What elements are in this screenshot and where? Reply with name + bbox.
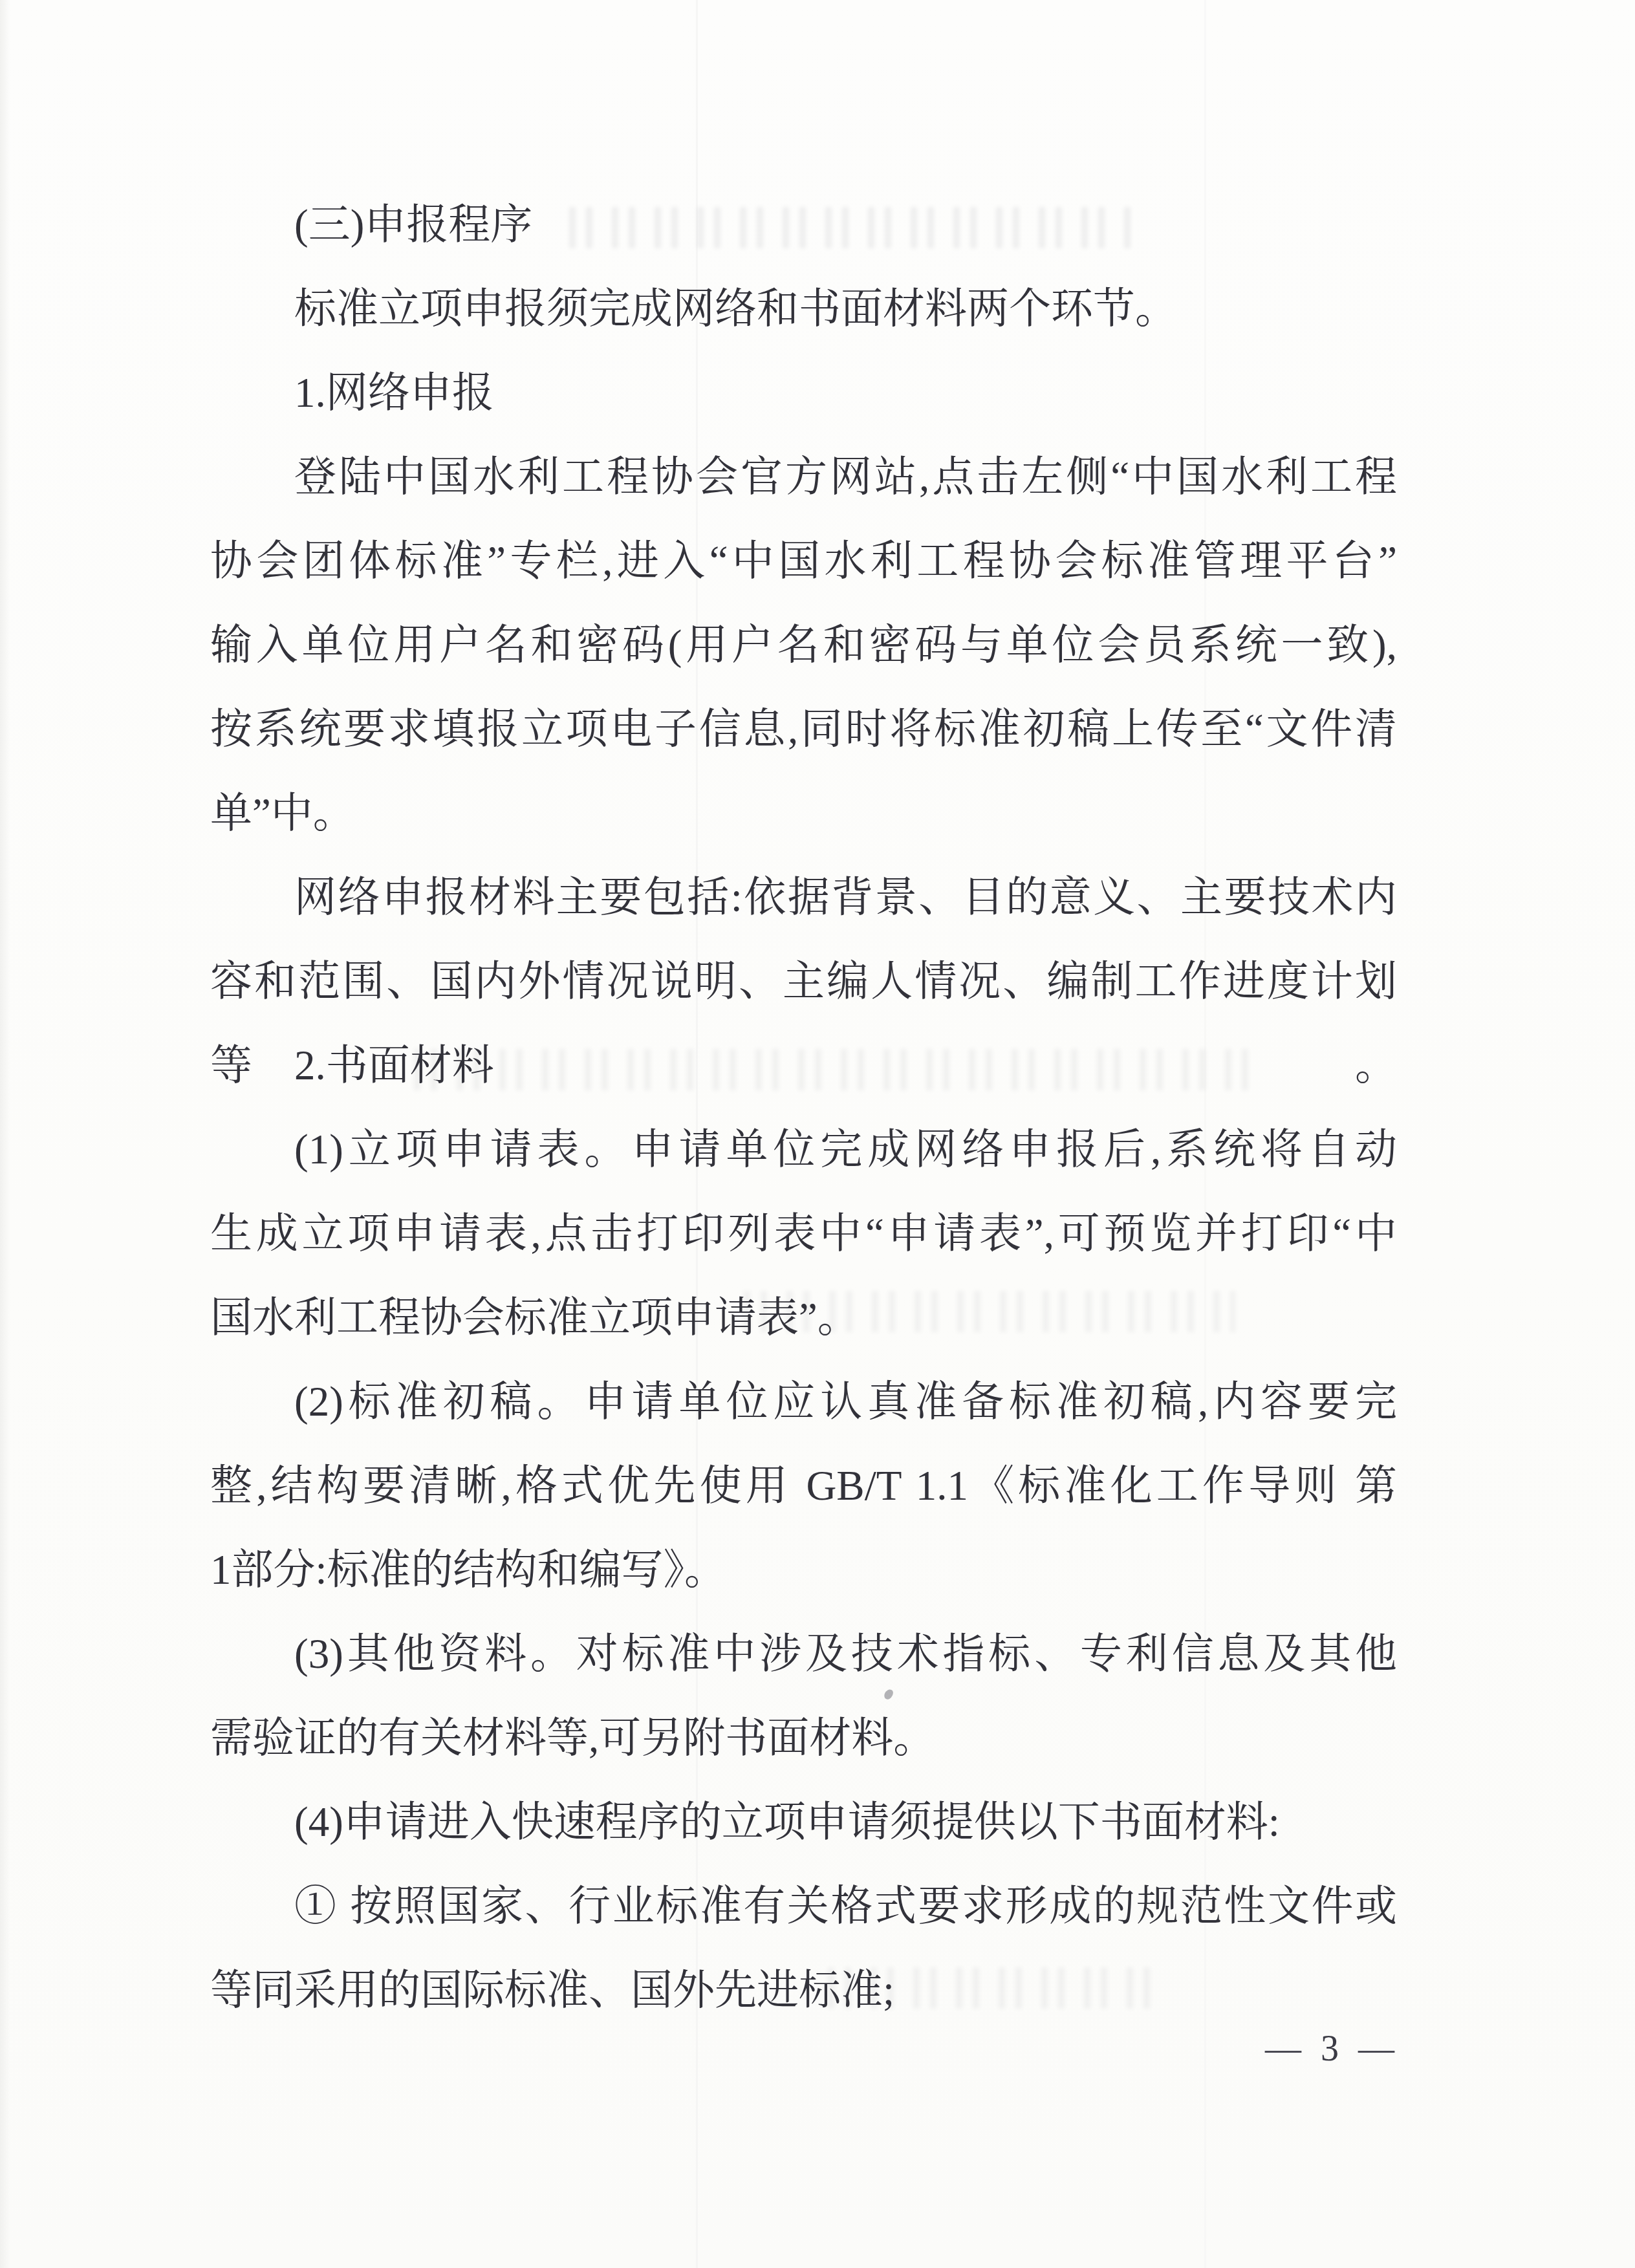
scan-bleedthrough-artifact [569, 207, 1132, 248]
text-line: 整,结构要清晰,格式优先使用 GB/T 1.1《标准化工作导则 第 [210, 1444, 1397, 1528]
text-line: 需验证的有关材料等,可另附书面材料。 [210, 1696, 1397, 1780]
text-line: (4)申请进入快速程序的立项申请须提供以下书面材料: [210, 1780, 1397, 1864]
text-line: 标准立项申报须完成网络和书面材料两个环节。 [210, 267, 1397, 351]
text-line: 单”中。 [210, 772, 1397, 856]
scanned-document-page: (三)申报程序标准立项申报须完成网络和书面材料两个环节。1.网络申报登陆中国水利… [0, 0, 1635, 2268]
text-line: 按系统要求填报立项电子信息,同时将标准初稿上传至“文件清 [210, 687, 1397, 772]
text-block: (三)申报程序标准立项申报须完成网络和书面材料两个环节。1.网络申报登陆中国水利… [210, 183, 1397, 2033]
text-line: (3)其他资料。对标准中涉及技术指标、专利信息及其他 [210, 1612, 1397, 1696]
text-line: (2)标准初稿。申请单位应认真准备标准初稿,内容要完 [210, 1360, 1397, 1444]
text-line: 登陆中国水利工程协会官方网站,点击左侧“中国水利工程 [210, 435, 1397, 519]
text-line: 1部分:标准的结构和编写》。 [210, 1528, 1397, 1612]
text-line: 等同采用的国际标准、国外先进标准; [210, 1949, 1397, 2033]
text-line: 容和范围、国内外情况说明、主编人情况、编制工作进度计划等。 [210, 940, 1397, 1024]
text-line: 网络申报材料主要包括:依据背景、目的意义、主要技术内 [210, 856, 1397, 940]
text-line: 协会团体标准”专栏,进入“中国水利工程协会标准管理平台” [210, 519, 1397, 603]
scan-bleedthrough-artifact [414, 1049, 1255, 1090]
text-line: ① 按照国家、行业标准有关格式要求形成的规范性文件或 [210, 1864, 1397, 1949]
scan-bleedthrough-artifact [828, 1967, 1151, 2009]
text-line: 输入单位用户名和密码(用户名和密码与单位会员系统一致), [210, 603, 1397, 687]
text-line: 1.网络申报 [210, 351, 1397, 435]
text-line: 生成立项申请表,点击打印列表中“申请表”,可预览并打印“中 [210, 1192, 1397, 1276]
page-number: — 3 — [1265, 2028, 1400, 2069]
text-line: (1)立项申请表。申请单位完成网络申报后,系统将自动 [210, 1108, 1397, 1192]
scan-bleedthrough-artifact [744, 1291, 1235, 1332]
